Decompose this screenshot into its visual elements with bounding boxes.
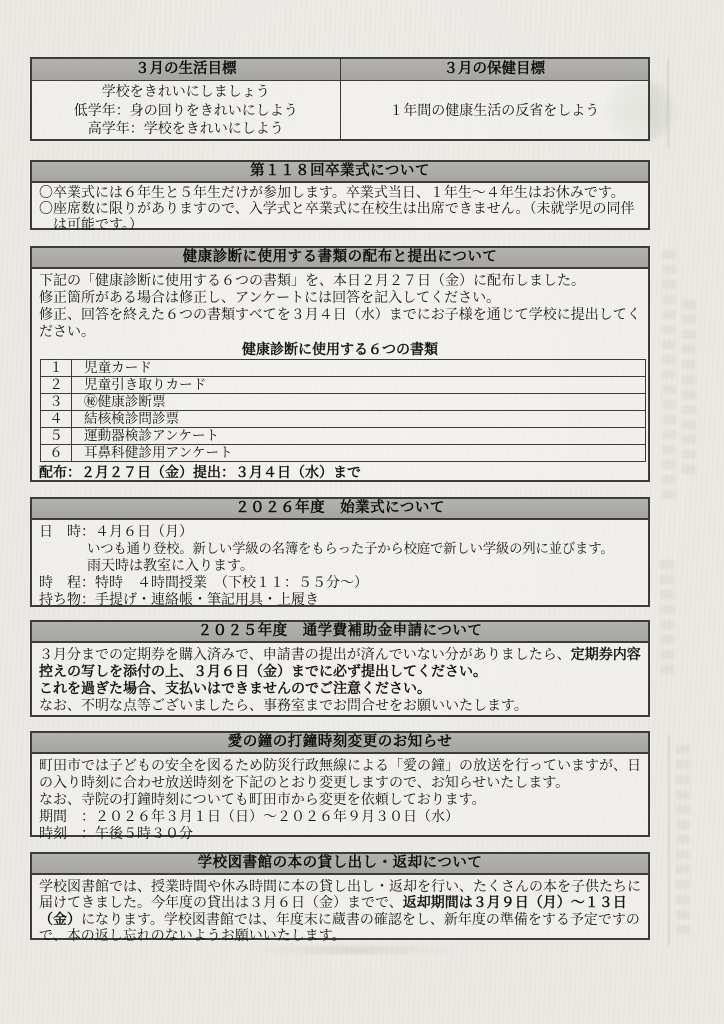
section-commuting-subsidy-title: ２０２５年度 通学費補助金申請について [32, 622, 648, 643]
scanned-newsletter-page: ３月の生活目標 学校をきれいにしましょう 低学年：身の回りをきれいにしよう 高学… [0, 0, 724, 1024]
doc-name: 児童カード [72, 360, 646, 377]
subsidy-warning-bold: これを過ぎた場合、支払いはできませんのでご注意ください。 [39, 680, 641, 697]
doc-name: 児童引き取りカード [72, 377, 646, 394]
opening-line: 持ち物：手提げ・連絡帳・筆記用具・上履き [39, 591, 641, 608]
life-goal-header: ３月の生活目標 [32, 59, 340, 81]
doc-name: 耳鼻科健診用アンケート [72, 445, 646, 462]
health-check-paragraph: 修正、回答を終えた６つの書類すべてを３月４日（水）までにお子様を通じて学校に提出… [39, 306, 641, 340]
bell-paragraph: なお、寺院の打鐘時刻についても町田市から変更を依頼しております。 [39, 791, 641, 808]
bleedthrough-edge [667, 60, 669, 148]
section-graduation: 第１１８回卒業式について 〇卒業式には６年生と５年生だけが参加します。卒業式当日… [30, 160, 650, 230]
section-opening-ceremony-title: ２０２６年度 始業式について [32, 499, 648, 520]
bleedthrough-smudge [250, 946, 460, 954]
doc-number: ４ [41, 411, 72, 428]
health-check-docs-table: １ 児童カード ２ 児童引き取りカード ３ ㊙健康診断票 ４ 結核検診問診票 [40, 359, 646, 462]
library-text: になります。学校図書館では、年度末に蔵書の確認をし、新年度の準備をする予定ですの… [39, 911, 640, 943]
health-check-dates-footer: 配布：２月２７日（金）提出：３月４日（水）まで [39, 463, 641, 481]
section-library-title: 学校図書館の本の貸し出し・返却について [32, 854, 648, 875]
docs-table-row: ４ 結核検診問診票 [41, 411, 646, 428]
health-goal-body: １年間の健康生活の反省をしよう [341, 81, 649, 139]
graduation-item: 〇座席数に限りがありますので、入学式と卒業式に在校生は出席できません。（未就学児… [39, 201, 641, 233]
doc-name: 結核検診問診票 [72, 411, 646, 428]
section-bell-notice-title: 愛の鐘の打鐘時刻変更のお知らせ [32, 733, 648, 754]
subsidy-paragraph: ３月分までの定期券を購入済みで、申請書の提出が済んでいない分がありましたら、定期… [39, 646, 641, 680]
health-goal-line: １年間の健康生活の反省をしよう [389, 101, 599, 120]
doc-name: ㊙健康診断票 [72, 394, 646, 411]
docs-table-row: ５ 運動器検診アンケート [41, 428, 646, 445]
bell-paragraph: 町田市では子どもの安全を図るため防災行政無線による「愛の鐘」の放送を行っています… [39, 757, 641, 791]
section-graduation-title: 第１１８回卒業式について [32, 162, 648, 183]
doc-number: ２ [41, 377, 72, 394]
docs-table-row: ２ 児童引き取りカード [41, 377, 646, 394]
graduation-item: 〇卒業式には６年生と５年生だけが参加します。卒業式当日、１年生～４年生はお休みで… [39, 185, 641, 201]
bleedthrough-text-column [660, 560, 674, 680]
health-check-paragraph: 下記の「健康診断に使用する６つの書類」を、本日２月２７日（金）に配布しました。 [39, 272, 641, 289]
health-check-subtitle: 健康診断に使用する６つの書類 [39, 340, 641, 358]
bleedthrough-text-column [676, 745, 690, 935]
doc-number: ５ [41, 428, 72, 445]
bleedthrough-text-column [682, 300, 696, 480]
life-goal-line: 学校をきれいにしましょう [102, 82, 270, 101]
doc-name: 運動器検診アンケート [72, 428, 646, 445]
life-goal-line: 低学年：身の回りをきれいにしよう [74, 101, 298, 120]
section-opening-ceremony: ２０２６年度 始業式について 日 時：４月６日（月） いつも通り登校。新しい学級… [30, 497, 650, 607]
opening-line: 時 程：特時 ４時間授業 （下校１１：５５分～） [39, 574, 641, 591]
docs-table-row: ６ 耳鼻科健診用アンケート [41, 445, 646, 462]
doc-number: ６ [41, 445, 72, 462]
life-goal-column: ３月の生活目標 学校をきれいにしましょう 低学年：身の回りをきれいにしよう 高学… [32, 59, 341, 139]
bell-time-line: 時刻 ：午後５時３０分 [39, 825, 641, 842]
bell-period-line: 期間 ：２０２６年３月１日（日）～２０２６年９月３０日（水） [39, 808, 641, 825]
bleedthrough-text-column [662, 250, 676, 500]
life-goal-line: 高学年：学校をきれいにしよう [88, 119, 284, 138]
docs-table-row: ３ ㊙健康診断票 [41, 394, 646, 411]
section-bell-notice: 愛の鐘の打鐘時刻変更のお知らせ 町田市では子どもの安全を図るため防災行政無線によ… [30, 731, 650, 837]
opening-line: いつも通り登校。新しい学級の名簿をもらった子から校庭で新しい学級の列に並びます。 [39, 540, 641, 557]
life-goal-body: 学校をきれいにしましょう 低学年：身の回りをきれいにしよう 高学年：学校をきれい… [32, 81, 340, 139]
subsidy-contact: なお、不明な点等ございましたら、事務室までお問合せをお願いいたします。 [39, 697, 641, 714]
section-library: 学校図書館の本の貸し出し・返却について 学校図書館では、授業時間や休み時間に本の… [30, 852, 650, 940]
section-commuting-subsidy: ２０２５年度 通学費補助金申請について ３月分までの定期券を購入済みで、申請書の… [30, 620, 650, 717]
bleedthrough-edge [668, 735, 670, 945]
doc-number: １ [41, 360, 72, 377]
library-paragraph: 学校図書館では、授業時間や休み時間に本の貸し出し・返却を行い、たくさんの本を子供… [39, 878, 641, 944]
docs-table-row: １ 児童カード [41, 360, 646, 377]
health-goal-column: ３月の保健目標 １年間の健康生活の反省をしよう [341, 59, 649, 139]
monthly-goals-table: ３月の生活目標 学校をきれいにしましょう 低学年：身の回りをきれいにしよう 高学… [30, 57, 650, 141]
health-check-paragraph: 修正箇所がある場合は修正し、アンケートには回答を記入してください。 [39, 289, 641, 306]
opening-line: 雨天時は教室に入ります。 [39, 557, 641, 574]
subsidy-text: ３月分までの定期券を購入済みで、申請書の提出が済んでいない分がありましたら、 [39, 646, 571, 662]
section-health-check: 健康診断に使用する書類の配布と提出について 下記の「健康診断に使用する６つの書類… [30, 246, 650, 482]
doc-number: ３ [41, 394, 72, 411]
section-health-check-title: 健康診断に使用する書類の配布と提出について [32, 248, 648, 269]
health-goal-header: ３月の保健目標 [341, 59, 649, 81]
opening-line: 日 時：４月６日（月） [39, 523, 641, 540]
